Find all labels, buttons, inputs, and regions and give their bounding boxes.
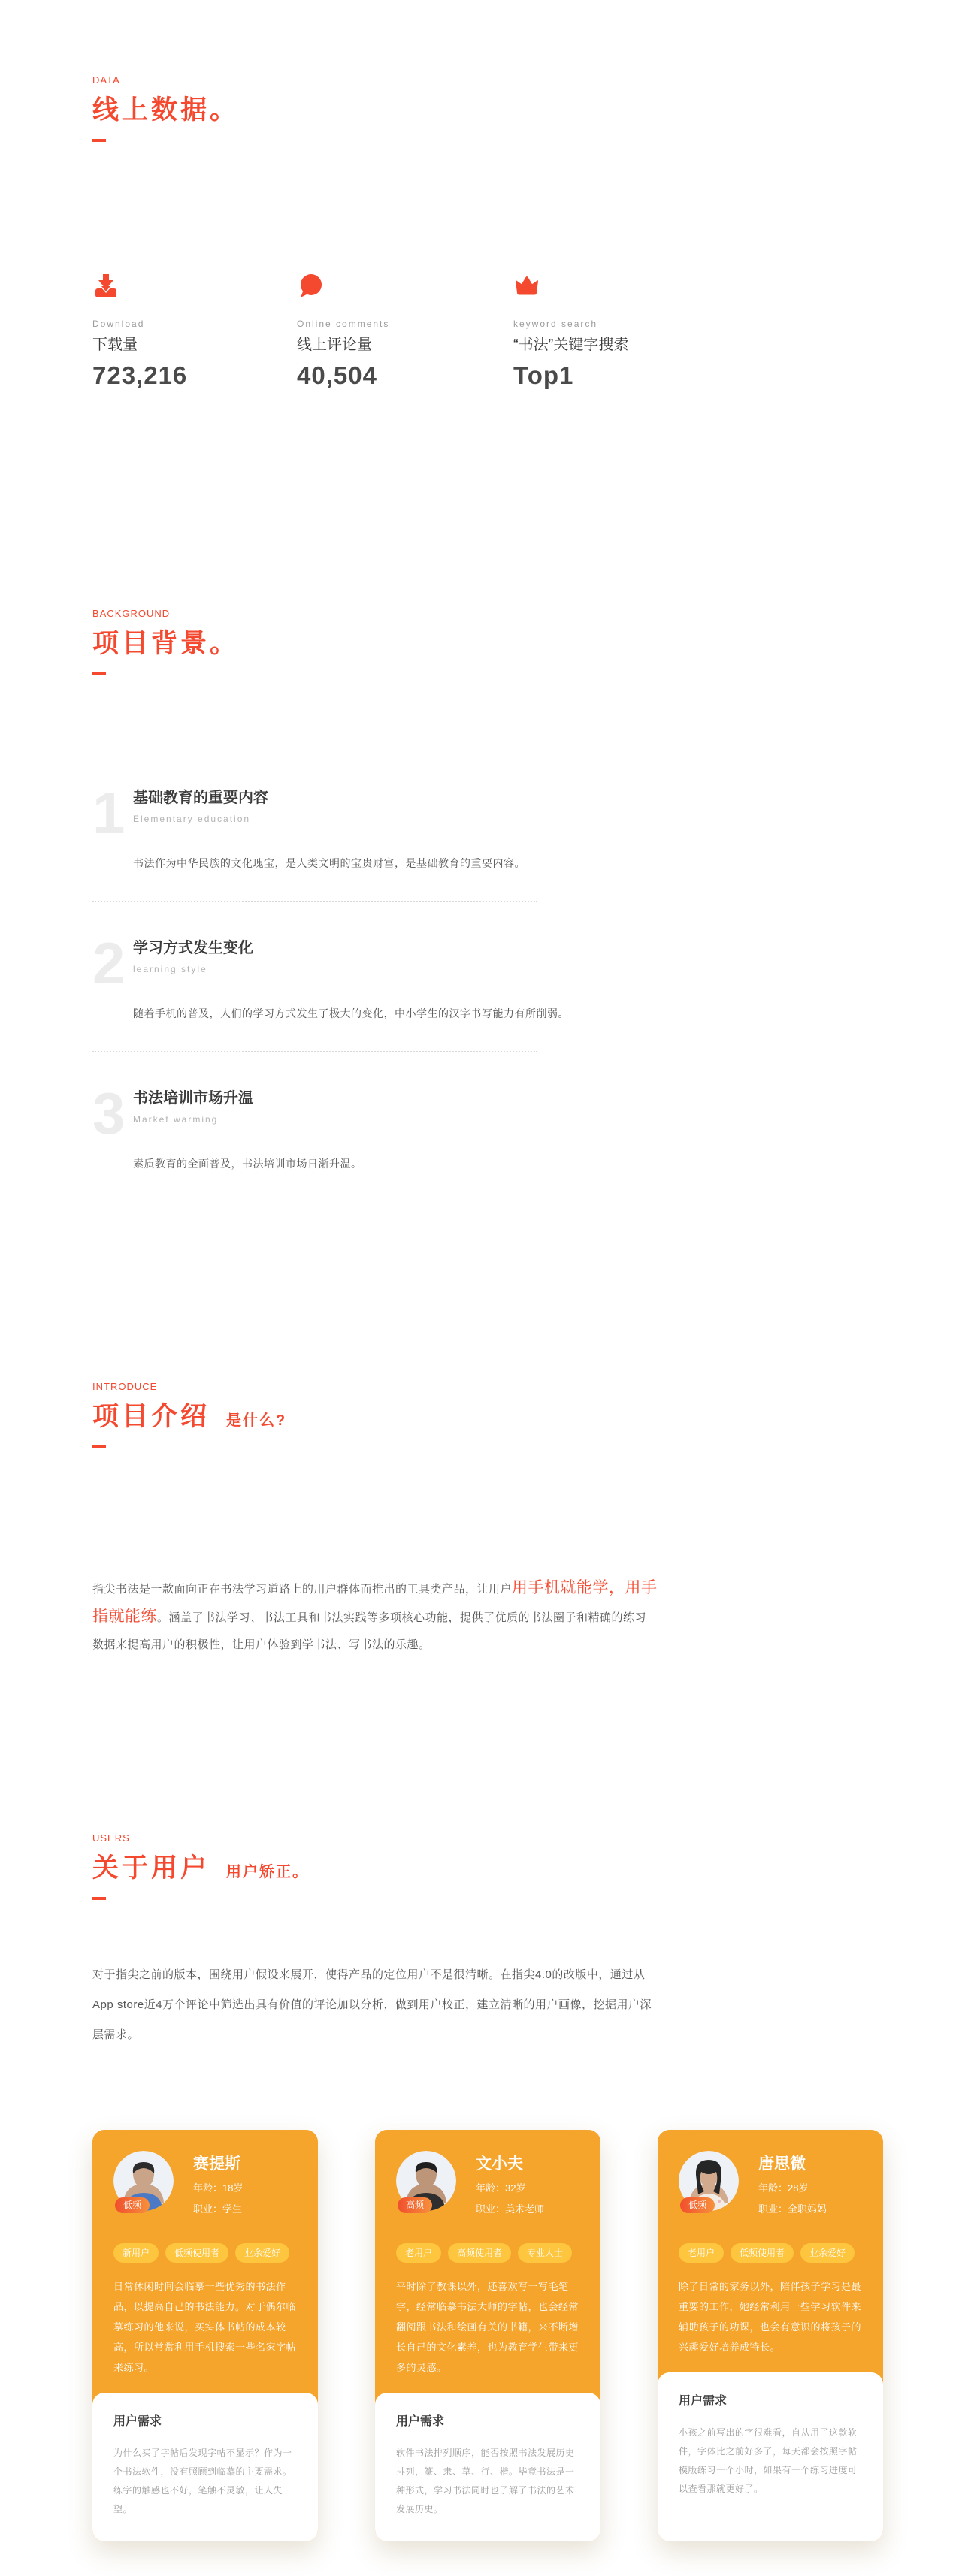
persona-card: 高频 文小夫 年龄：32岁 职业：美术老师 老用户 高频使用者 专业人士 [375,2130,600,2541]
introduce-paragraph: 指尖书法是一款面向正在书法学习道路上的用户群体而推出的工具类产品，让用户用手机就… [92,1575,658,1659]
persona-needs-panel: 用户需求 小孩之前写出的字很难看，自从用了这款软件，字体比之前好多了，每天都会按… [658,2372,883,2541]
paragraph-text: 。涵盖了书法学习、书法工具和书法实践等多项核心功能，提供了优质的书法圈子和精确的… [92,1611,646,1651]
stat-label-zh: “书法”关键字搜索 [513,336,628,354]
section-label: USERS [92,1833,962,1843]
section-title-row: 项目介绍 是什么? [92,1402,962,1432]
section-label: INTRODUCE [92,1382,962,1391]
paragraph-text: 指尖书法是一款面向正在书法学习道路上的用户群体而推出的工具类产品，让用户 [92,1583,512,1596]
avatar: 低频 [679,2151,739,2211]
persona-identity: 赛提斯 年龄：18岁 职业：学生 [193,2151,243,2215]
stat-label-zh: 线上评论量 [297,336,513,354]
persona-age: 年龄：28岁 [758,2182,827,2194]
page-content: DATA 线上数据。 Download 下载量 723,216 [0,75,962,2541]
list-item-subtitle: Elementary education [133,814,268,824]
persona-description: 平时除了教课以外，还喜欢写一写毛笔字，经常临摹书法大师的字帖，也会经常翻阅跟书法… [396,2276,579,2378]
list-item-number: 2 [92,937,133,989]
list-item: 1 基础教育的重要内容 Elementary education 书法作为中华民… [92,787,962,871]
persona-tag: 低频使用者 [165,2243,228,2263]
section-title-row: 线上数据。 [92,95,962,125]
section-dash [92,139,106,142]
section-label: BACKGROUND [92,609,962,618]
persona-tag: 低频使用者 [731,2243,794,2263]
list-item: 2 学习方式发生变化 learning style 随着手机的普及，人们的学习方… [92,937,962,1021]
frequency-badge: 低频 [115,2197,150,2213]
section-dash [92,1445,106,1448]
list-item-body: 随着手机的普及，人们的学习方式发生了极大的变化，中小学生的汉字书写能力有所削弱。 [133,1006,962,1021]
stat-label-en: Download [92,319,297,329]
persona-tags: 老用户 低频使用者 业余爱好 [679,2243,862,2263]
crown-icon [513,273,540,300]
section-introduce: INTRODUCE 项目介绍 是什么? 指尖书法是一款面向正在书法学习道路上的用… [92,1382,962,1659]
list-item-number: 1 [92,787,133,839]
background-list: 1 基础教育的重要内容 Elementary education 书法作为中华民… [92,787,962,1171]
persona-card-top: 高频 文小夫 年龄：32岁 职业：美术老师 老用户 高频使用者 专业人士 [375,2130,600,2378]
list-item-subtitle: learning style [133,964,253,974]
stat-label-en: Online comments [297,319,513,329]
persona-tag: 高频使用者 [448,2243,511,2263]
persona-card: 低频 唐思微 年龄：28岁 职业：全职妈妈 老用户 低频使用者 业余爱好 [658,2130,883,2541]
avatar: 高频 [396,2151,456,2211]
persona-tag: 专业人士 [518,2243,572,2263]
stat-label-en: keyword search [513,319,628,329]
list-item-body: 书法作为中华民族的文化瑰宝，是人类文明的宝贵财富，是基础教育的重要内容。 [133,856,962,871]
stat-value: 723,216 [92,362,297,389]
section-title-row: 项目背景。 [92,629,962,659]
section-label: DATA [92,75,962,85]
stat-comments: Online comments 线上评论量 40,504 [297,273,513,389]
stat-keyword-rank: keyword search “书法”关键字搜索 Top1 [513,273,628,389]
comment-icon [297,273,324,300]
section-background: BACKGROUND 项目背景。 1 基础教育的重要内容 Elementary … [92,609,962,1171]
persona-job: 职业：学生 [193,2203,243,2215]
list-item-head: 3 书法培训市场升温 Market warming [92,1087,962,1140]
list-item-title: 书法培训市场升温 [133,1090,253,1107]
persona-card-head: 高频 文小夫 年龄：32岁 职业：美术老师 [396,2151,579,2215]
dotted-divider [92,1051,537,1052]
persona-card-top: 低频 赛提斯 年龄：18岁 职业：学生 新用户 低频使用者 业余爱好 [92,2130,318,2378]
stat-value: 40,504 [297,362,513,389]
persona-age: 年龄：18岁 [193,2182,243,2194]
needs-body: 软件书法排列顺序，能否按照书法发展历史排列，篆、隶、草、行、楷。毕竟书法是一种形… [396,2444,579,2519]
stat-downloads: Download 下载量 723,216 [92,273,297,389]
persona-name: 文小夫 [476,2155,544,2173]
frequency-badge: 高频 [398,2197,432,2213]
needs-body: 小孩之前写出的字很难看，自从用了这款软件，字体比之前好多了，每天都会按照字帖模版… [679,2423,862,2499]
avatar: 低频 [113,2151,174,2211]
download-icon [92,273,119,300]
persona-job: 职业：美术老师 [476,2203,544,2215]
persona-identity: 文小夫 年龄：32岁 职业：美术老师 [476,2151,544,2215]
persona-needs-panel: 用户需求 为什么买了字帖后发现字帖不显示？作为一个书法软件，没有照顾到临摹的主要… [92,2393,318,2541]
users-paragraph: 对于指尖之前的版本，围绕用户假设来展开，使得产品的定位用户不是很清晰。在指尖4.… [92,1960,658,2050]
persona-name: 赛提斯 [193,2155,243,2173]
section-title: 项目介绍 [92,1402,210,1432]
section-title: 关于用户 [92,1853,210,1883]
needs-title: 用户需求 [113,2415,297,2429]
list-item: 3 书法培训市场升温 Market warming 素质教育的全面普及，书法培训… [92,1087,962,1171]
persona-description: 日常休闲时间会临摹一些优秀的书法作品，以提高自己的书法能力。对于偶尔临摹练习的他… [113,2276,297,2378]
persona-description: 除了日常的家务以外，陪伴孩子学习是最重要的工作，她经常利用一些学习软件来辅助孩子… [679,2276,862,2357]
section-dash [92,1897,106,1900]
stat-value: Top1 [513,362,628,389]
needs-title: 用户需求 [396,2415,579,2429]
section-dash [92,672,106,675]
section-users: USERS 关于用户 用户矫正。 对于指尖之前的版本，围绕用户假设来展开，使得产… [92,1833,962,2541]
persona-tag: 老用户 [396,2243,441,2263]
section-title-row: 关于用户 用户矫正。 [92,1853,962,1883]
persona-tags: 新用户 低频使用者 业余爱好 [113,2243,297,2263]
persona-tag: 业余爱好 [235,2243,289,2263]
persona-card-head: 低频 赛提斯 年龄：18岁 职业：学生 [113,2151,297,2215]
persona-identity: 唐思微 年龄：28岁 职业：全职妈妈 [758,2151,827,2215]
persona-name: 唐思微 [758,2155,827,2173]
persona-card-head: 低频 唐思微 年龄：28岁 职业：全职妈妈 [679,2151,862,2215]
persona-age: 年龄：32岁 [476,2182,544,2194]
list-item-subtitle: Market warming [133,1114,253,1125]
persona-card: 低频 赛提斯 年龄：18岁 职业：学生 新用户 低频使用者 业余爱好 [92,2130,318,2541]
section-subtitle: 是什么? [226,1408,286,1430]
list-item-head-right: 书法培训市场升温 Market warming [133,1087,253,1140]
section-online-data: DATA 线上数据。 Download 下载量 723,216 [92,75,962,389]
persona-job: 职业：全职妈妈 [758,2203,827,2215]
stat-label-zh: 下载量 [92,336,297,354]
persona-cards-row: 低频 赛提斯 年龄：18岁 职业：学生 新用户 低频使用者 业余爱好 [92,2130,962,2541]
list-item-title: 基础教育的重要内容 [133,790,268,806]
list-item-number: 3 [92,1087,133,1140]
stats-row: Download 下载量 723,216 Online comments 线上评… [92,273,962,389]
frequency-badge: 低频 [680,2197,715,2213]
persona-tag: 老用户 [679,2243,724,2263]
section-subtitle: 用户矫正。 [226,1859,309,1881]
needs-title: 用户需求 [679,2395,862,2408]
list-item-head: 2 学习方式发生变化 learning style [92,937,962,989]
section-title: 线上数据。 [92,95,239,125]
section-title: 项目背景。 [92,629,239,659]
persona-card-top: 低频 唐思微 年龄：28岁 职业：全职妈妈 老用户 低频使用者 业余爱好 [658,2130,883,2357]
list-item-head: 1 基础教育的重要内容 Elementary education [92,787,962,839]
list-item-head-right: 学习方式发生变化 learning style [133,937,253,989]
persona-tags: 老用户 高频使用者 专业人士 [396,2243,579,2263]
list-item-body: 素质教育的全面普及，书法培训市场日渐升温。 [133,1156,962,1171]
persona-tag: 业余爱好 [800,2243,855,2263]
persona-tag: 新用户 [113,2243,159,2263]
list-item-title: 学习方式发生变化 [133,940,253,956]
dotted-divider [92,901,537,902]
needs-body: 为什么买了字帖后发现字帖不显示？作为一个书法软件，没有照顾到临摹的主要需求。练字… [113,2444,297,2519]
persona-needs-panel: 用户需求 软件书法排列顺序，能否按照书法发展历史排列，篆、隶、草、行、楷。毕竟书… [375,2393,600,2541]
project-page: DATA 线上数据。 Download 下载量 723,216 [0,0,962,2576]
list-item-head-right: 基础教育的重要内容 Elementary education [133,787,268,839]
